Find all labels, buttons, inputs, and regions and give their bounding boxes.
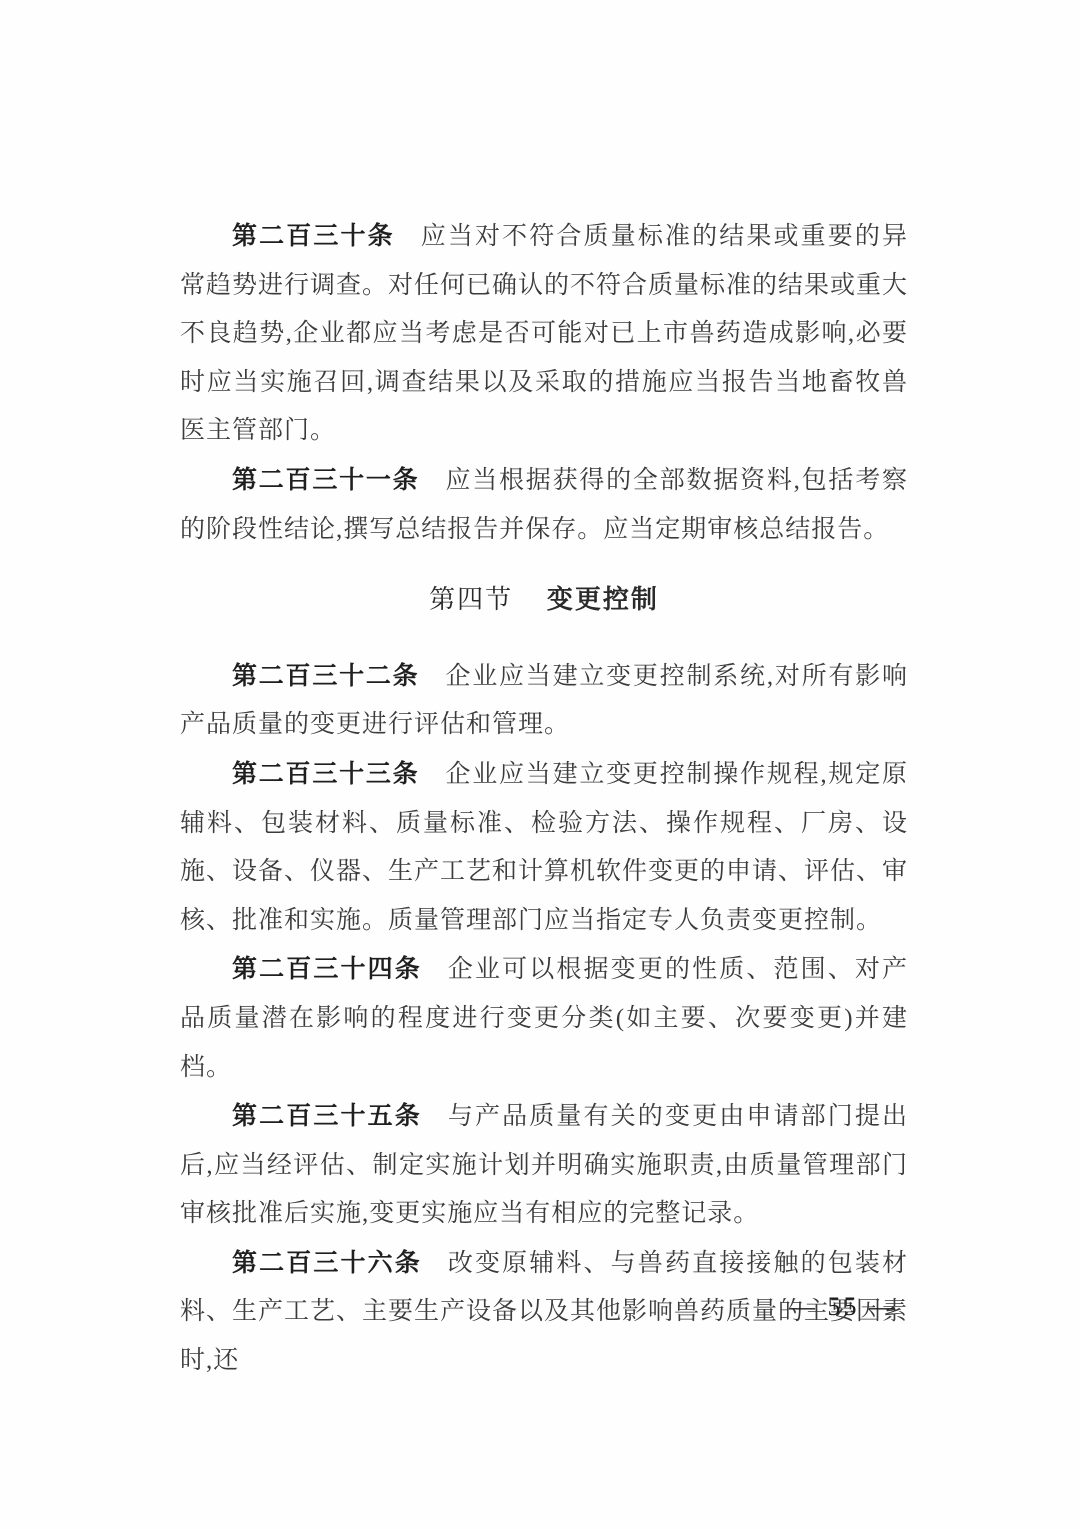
document-page: 第二百三十条应当对不符合质量标准的结果或重要的异常趋势进行调查。对任何已确认的不… <box>0 0 1080 1529</box>
article-number: 第二百三十四条 <box>232 955 422 983</box>
article-paragraph: 第二百三十二条企业应当建立变更控制系统,对所有影响产品质量的变更进行评估和管理。 <box>180 652 908 750</box>
section-label: 第四节 <box>429 585 513 614</box>
article-number: 第二百三十三条 <box>232 760 419 788</box>
article-number: 第二百三十条 <box>232 222 395 250</box>
article-paragraph: 第二百三十五条与产品质量有关的变更由申请部门提出后,应当经评估、制定实施计划并明… <box>180 1092 908 1239</box>
article-number: 第二百三十六条 <box>232 1249 422 1277</box>
section-title: 变更控制 <box>547 585 659 614</box>
article-paragraph: 第二百三十条应当对不符合质量标准的结果或重要的异常趋势进行调查。对任何已确认的不… <box>180 212 908 456</box>
article-paragraph: 第二百三十一条应当根据获得的全部数据资料,包括考察的阶段性结论,撰写总结报告并保… <box>180 456 908 554</box>
article-text: 应当对不符合质量标准的结果或重要的异常趋势进行调查。对任何已确认的不符合质量标准… <box>180 223 908 444</box>
page-number-footer: — 55 — <box>789 1292 898 1322</box>
article-paragraph: 第二百三十三条企业应当建立变更控制操作规程,规定原辅料、包装材料、质量标准、检验… <box>180 750 908 945</box>
article-paragraph: 第二百三十四条企业可以根据变更的性质、范围、对产品质量潜在影响的程度进行变更分类… <box>180 945 908 1092</box>
article-number: 第二百三十二条 <box>232 662 419 690</box>
article-number: 第二百三十一条 <box>232 466 419 494</box>
section-heading: 第四节变更控制 <box>180 576 908 625</box>
article-number: 第二百三十五条 <box>232 1102 422 1130</box>
text-block: 第二百三十条应当对不符合质量标准的结果或重要的异常趋势进行调查。对任何已确认的不… <box>180 212 908 1386</box>
